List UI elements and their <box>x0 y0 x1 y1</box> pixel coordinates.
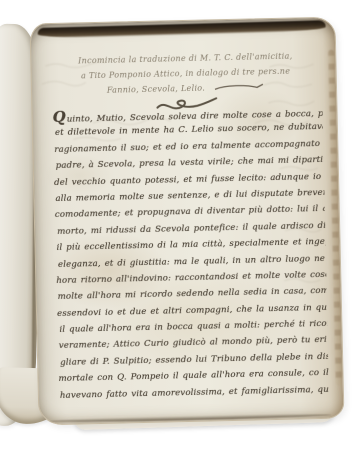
manuscript-body: Quinto, Mutio, Scevola soleva dire molte… <box>52 103 329 404</box>
dash-flourish-icon <box>213 83 265 92</box>
page-right-deckle-edge <box>328 50 342 386</box>
manuscript-page: Incomincia la traduzione di M. T. C. del… <box>29 17 344 426</box>
photo-background: Incomincia la traduzione di M. T. C. del… <box>0 0 362 450</box>
page-top-worn-edge <box>38 20 326 39</box>
heading-line-3: Fannio, Scevola, Lelio. <box>107 81 206 98</box>
